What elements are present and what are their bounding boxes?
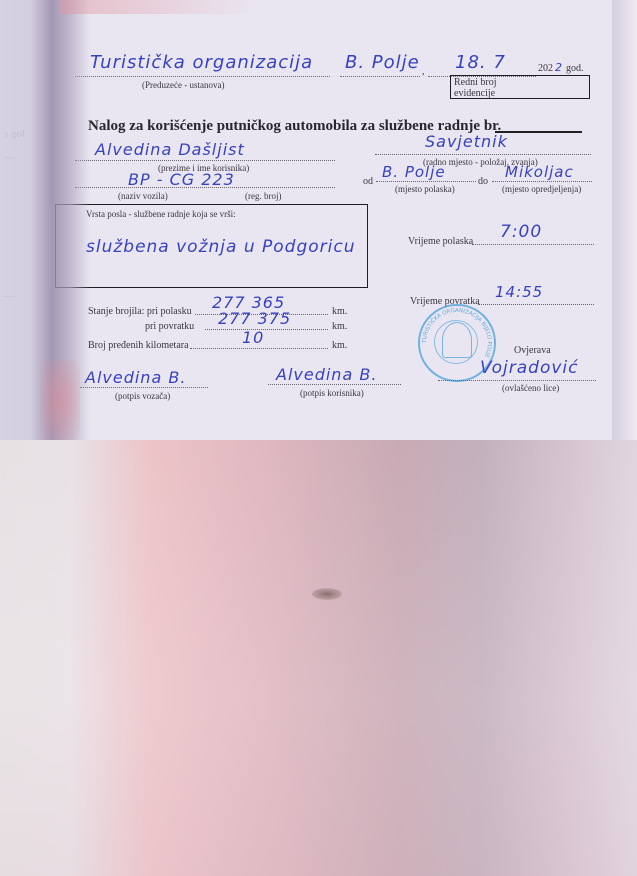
distance-value: 10 bbox=[242, 328, 264, 347]
organization-line bbox=[75, 76, 330, 77]
driver-signature-line bbox=[80, 387, 208, 388]
return-time-value: 14:55 bbox=[495, 283, 543, 301]
authorized-label: (ovlašćeno lice) bbox=[502, 383, 559, 393]
to-value: Mikoljac bbox=[505, 163, 574, 181]
position-value: Savjetnik bbox=[425, 132, 508, 151]
departure-time-line bbox=[472, 244, 594, 245]
year-label: god. bbox=[566, 63, 584, 74]
odometer-label: Stanje brojila: pri polasku bbox=[88, 306, 192, 317]
purpose-box: Vrsta posla - službene radnje koja se vr… bbox=[55, 204, 368, 288]
km-unit: km. bbox=[332, 321, 347, 332]
purpose-label: Vrsta posla - službene radnje koja se vr… bbox=[86, 209, 236, 219]
user-signature: Alvedina B. bbox=[276, 365, 377, 384]
title-number-line bbox=[495, 131, 582, 133]
from-label: od bbox=[363, 176, 373, 187]
user-name-line bbox=[75, 160, 335, 161]
vehicle-label: (naziv vozila) bbox=[118, 191, 168, 201]
user-name-value: Alvedina Dašljist bbox=[95, 140, 245, 159]
to-caption: (mjesto opredjeljenja) bbox=[502, 184, 581, 194]
year-prefix: 202 bbox=[538, 63, 553, 74]
vehicle-line bbox=[75, 187, 335, 188]
record-number-box: Redni broj evidencije bbox=[450, 75, 590, 99]
spine-tint bbox=[40, 360, 80, 440]
return-time-line bbox=[478, 304, 594, 305]
distance-line bbox=[190, 348, 328, 349]
place-line bbox=[340, 76, 420, 77]
record-box-line2: evidencije bbox=[454, 88, 495, 99]
date-value: 18. 7 bbox=[455, 52, 506, 73]
driver-signature: Alvedina B. bbox=[85, 368, 186, 387]
place-value: B. Polje bbox=[345, 52, 420, 73]
from-value: B. Polje bbox=[382, 163, 446, 181]
organization-label: (Preduzeće - ustanova) bbox=[142, 80, 224, 90]
verify-label-text: Ovjerava bbox=[514, 345, 551, 356]
comma: , bbox=[422, 66, 425, 77]
driver-label: (potpis vozača) bbox=[115, 391, 170, 401]
organization-value: Turistička organizacija bbox=[90, 52, 313, 73]
authorized-line bbox=[438, 380, 596, 381]
to-line bbox=[492, 181, 592, 182]
year-suffix: 2 bbox=[555, 61, 563, 74]
position-line bbox=[375, 154, 591, 155]
record-box-line1: Redni broj bbox=[454, 77, 497, 88]
distance-label: Broj pređenih kilometara bbox=[88, 340, 189, 351]
user-signature-line bbox=[268, 384, 401, 385]
authorized-signature: Vojradović bbox=[480, 358, 579, 378]
user-label: (potpis korisnika) bbox=[300, 388, 364, 398]
lower-shade bbox=[0, 430, 637, 876]
reg-label: (reg. broj) bbox=[245, 191, 281, 201]
departure-time-label: Vrijeme polaska bbox=[408, 236, 473, 247]
odometer-return-line bbox=[205, 329, 328, 330]
odometer-return-label: pri povratku bbox=[145, 321, 194, 332]
page-edge bbox=[612, 0, 637, 440]
odometer-return-value: 277 375 bbox=[218, 309, 291, 328]
km-unit: km. bbox=[332, 306, 347, 317]
smudge-mark bbox=[312, 588, 342, 600]
top-edge-tint bbox=[60, 0, 260, 14]
departure-time-value: 7:00 bbox=[500, 222, 542, 242]
svg-text:TURISTIČKA ORGANIZACIJA BIJELO: TURISTIČKA ORGANIZACIJA BIJELO POLJE bbox=[422, 308, 492, 359]
purpose-value: službena vožnja u Podgoricu bbox=[86, 237, 355, 257]
from-caption: (mjesto polaska) bbox=[395, 184, 455, 194]
from-line bbox=[376, 181, 476, 182]
km-unit: km. bbox=[332, 340, 347, 351]
to-label: do bbox=[478, 176, 488, 187]
scanned-document: s gol ~~ — Turistička organizacija (Pred… bbox=[0, 0, 637, 876]
